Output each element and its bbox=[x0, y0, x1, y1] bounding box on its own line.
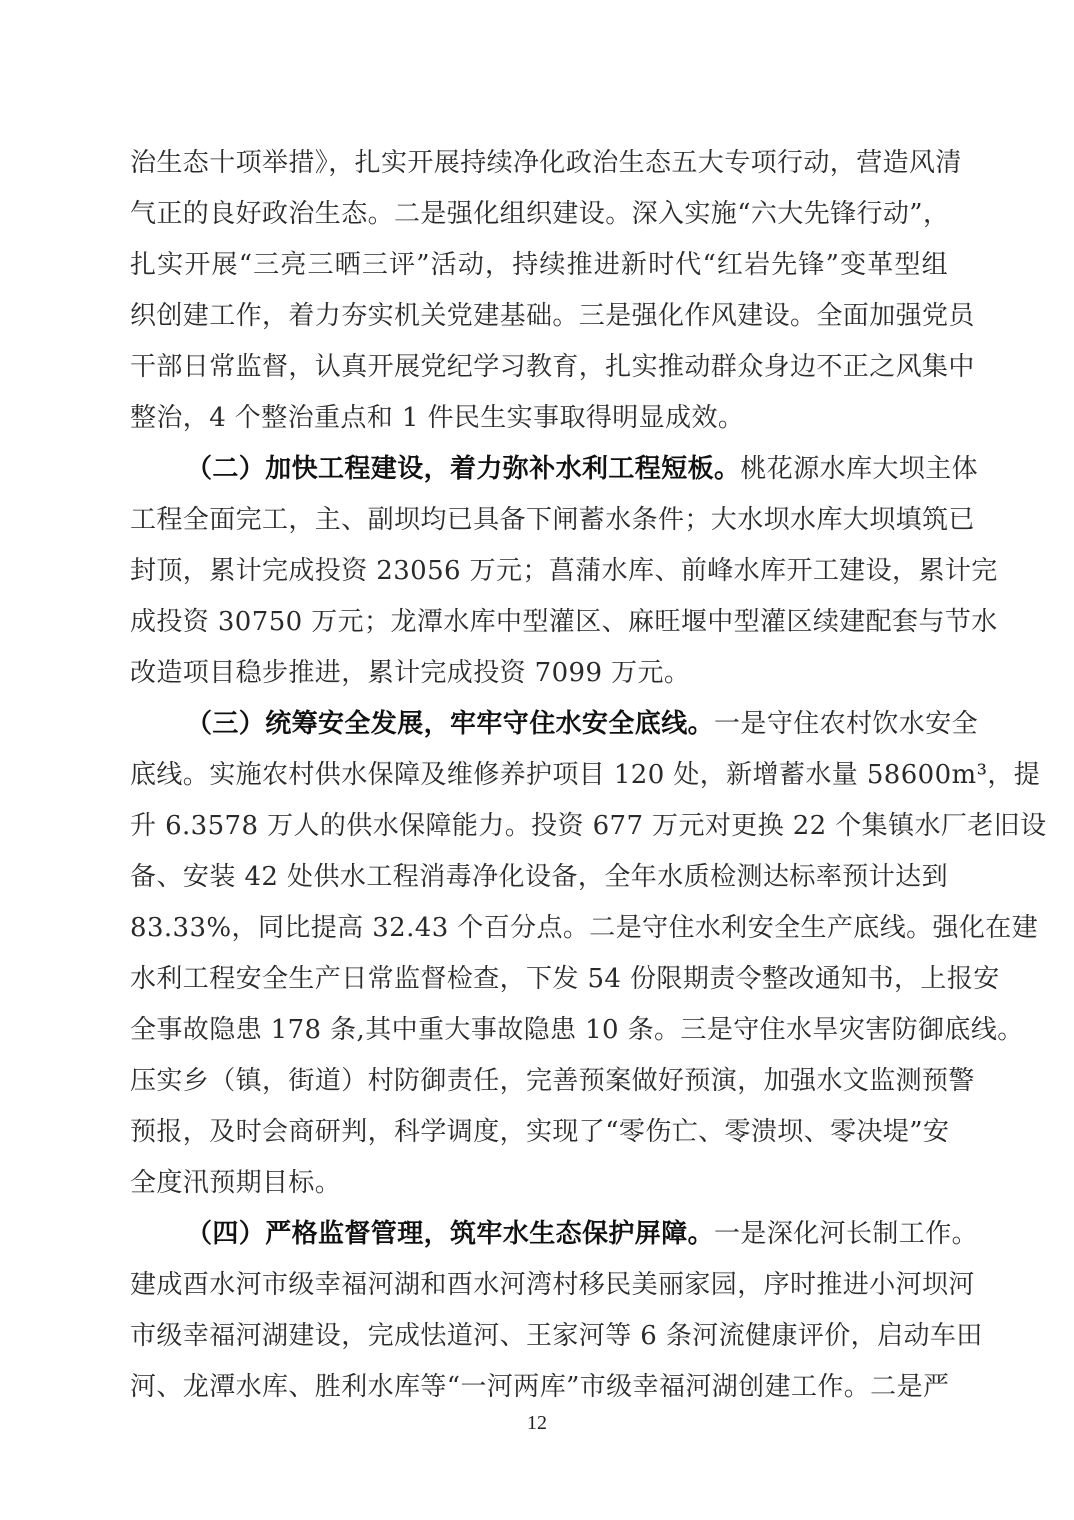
section-heading: （四）严格监督管理，筑牢水生态保护屏障。 bbox=[186, 1219, 714, 1249]
text-line: 预报，及时会商研判，科学调度，实现了“零伤亡、零溃坝、零决堤”安 bbox=[130, 1107, 948, 1158]
text-line: 备、安装 42 处供水工程消毒净化设备，全年水质检测达标率预计达到 bbox=[130, 852, 948, 903]
text-line: 全度汛预期目标。 bbox=[130, 1158, 948, 1209]
text-line: 气正的良好政治生态。二是强化组织建设。深入实施“六大先锋行动”， bbox=[130, 189, 948, 240]
text-line: 83.33%，同比提高 32.43 个百分点。二是守住水利安全生产底线。强化在建 bbox=[130, 903, 948, 954]
document-page: 治生态十项举措》，扎实开展持续净化政治生态五大专项行动，营造风清 气正的良好政治… bbox=[130, 138, 948, 1413]
paragraph-section-2: （二）加快工程建设，着力弥补水利工程短板。桃花源水库大坝主体 工程全面完工，主、… bbox=[130, 444, 948, 699]
text-line: 水利工程安全生产日常监督检查，下发 54 份限期责令整改通知书，上报安 bbox=[130, 954, 948, 1005]
text-line: 压实乡（镇，街道）村防御责任，完善预案做好预演，加强水文监测预警 bbox=[130, 1056, 948, 1107]
text-line: 改造项目稳步推进，累计完成投资 7099 万元。 bbox=[130, 648, 948, 699]
text-line: 工程全面完工，主、副坝均已具备下闸蓄水条件；大水坝水库大坝填筑已 bbox=[130, 495, 948, 546]
text-run: 一是深化河长制工作。 bbox=[714, 1219, 978, 1249]
text-run: 一是守住农村饮水安全 bbox=[714, 709, 978, 739]
text-line: 整治，4 个整治重点和 1 件民生实事取得明显成效。 bbox=[130, 393, 948, 444]
paragraph-section-3: （三）统筹安全发展，牢牢守住水安全底线。一是守住农村饮水安全 底线。实施农村供水… bbox=[130, 699, 948, 1209]
text-line: 全事故隐患 178 条,其中重大事故隐患 10 条。三是守住水旱灾害防御底线。 bbox=[130, 1005, 948, 1056]
text-line: 成投资 30750 万元；龙潭水库中型灌区、麻旺堰中型灌区续建配套与节水 bbox=[130, 597, 948, 648]
text-run: 桃花源水库大坝主体 bbox=[740, 454, 978, 484]
text-line: 封顶，累计完成投资 23056 万元；菖蒲水库、前峰水库开工建设，累计完 bbox=[130, 546, 948, 597]
text-line: 建成酉水河市级幸福河湖和酉水河湾村移民美丽家园，序时推进小河坝河 bbox=[130, 1260, 948, 1311]
text-line: 织创建工作，着力夯实机关党建基础。三是强化作风建设。全面加强党员 bbox=[130, 291, 948, 342]
text-line: 升 6.3578 万人的供水保障能力。投资 677 万元对更换 22 个集镇水厂… bbox=[130, 801, 948, 852]
paragraph-continued: 治生态十项举措》，扎实开展持续净化政治生态五大专项行动，营造风清 气正的良好政治… bbox=[130, 138, 948, 444]
page-number: 12 bbox=[0, 1412, 1074, 1435]
paragraph-section-4: （四）严格监督管理，筑牢水生态保护屏障。一是深化河长制工作。 建成酉水河市级幸福… bbox=[130, 1209, 948, 1413]
section-first-line: （三）统筹安全发展，牢牢守住水安全底线。一是守住农村饮水安全 bbox=[130, 699, 948, 750]
text-line: 市级幸福河湖建设，完成怯道河、王家河等 6 条河流健康评价，启动车田 bbox=[130, 1311, 948, 1362]
text-line: 干部日常监督，认真开展党纪学习教育，扎实推动群众身边不正之风集中 bbox=[130, 342, 948, 393]
text-line: 治生态十项举措》，扎实开展持续净化政治生态五大专项行动，营造风清 bbox=[130, 138, 948, 189]
text-line: 底线。实施农村供水保障及维修养护项目 120 处，新增蓄水量 58600m³，提 bbox=[130, 750, 948, 801]
section-first-line: （二）加快工程建设，着力弥补水利工程短板。桃花源水库大坝主体 bbox=[130, 444, 948, 495]
section-first-line: （四）严格监督管理，筑牢水生态保护屏障。一是深化河长制工作。 bbox=[130, 1209, 948, 1260]
section-heading: （二）加快工程建设，着力弥补水利工程短板。 bbox=[186, 454, 740, 484]
text-line: 河、龙潭水库、胜利水库等“一河两库”市级幸福河湖创建工作。二是严 bbox=[130, 1362, 948, 1413]
text-line: 扎实开展“三亮三晒三评”活动，持续推进新时代“红岩先锋”变革型组 bbox=[130, 240, 948, 291]
section-heading: （三）统筹安全发展，牢牢守住水安全底线。 bbox=[186, 709, 714, 739]
